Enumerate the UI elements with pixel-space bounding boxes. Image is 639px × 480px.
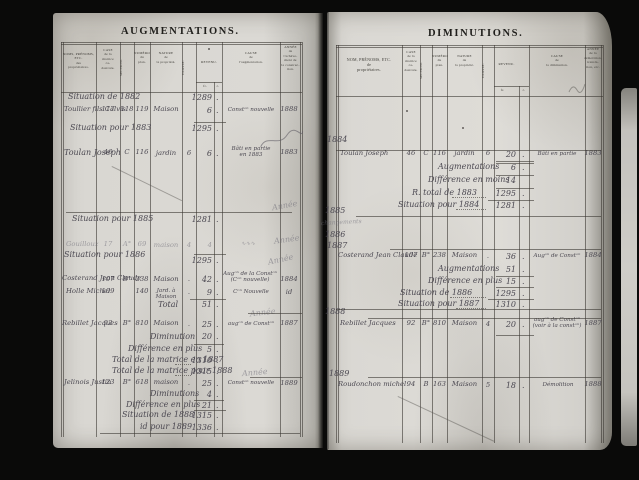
entry-nature: Maison: [150, 106, 182, 113]
entry-nature: maison: [150, 379, 182, 386]
entry-cents: .: [216, 94, 219, 102]
entry-annee: id: [278, 289, 300, 296]
table-rule: [519, 86, 520, 443]
table-rule: [494, 86, 529, 87]
entry-revenu: 51: [492, 266, 516, 274]
entry-cents: .: [522, 164, 525, 172]
entry-case: 92: [96, 320, 120, 327]
entry-annee: 1884: [583, 252, 603, 259]
entry-label: Situation de 1888: [122, 411, 194, 419]
col-header-classe: CLASSE.: [482, 48, 494, 94]
entry-section: C: [120, 149, 134, 156]
section-rule: [368, 377, 601, 378]
entry-case: 123: [96, 379, 120, 386]
entry-annee: 1887: [583, 320, 603, 327]
dotted-leader: [456, 208, 486, 210]
section-rule: [66, 212, 292, 213]
entry-name: Toulan Joseph: [340, 150, 388, 157]
entry-revenu: 4: [190, 391, 212, 399]
entry-label: id pour 1889: [140, 423, 192, 431]
entry-revenu: 9: [190, 289, 212, 297]
entry-section: B: [420, 381, 432, 388]
col-header-fr: fr.: [494, 88, 511, 92]
col-header-classe: CLASSE.: [182, 46, 196, 90]
entry-section: A°: [120, 241, 134, 248]
entry-cents: .: [216, 125, 219, 133]
entry-revenu: 1295: [492, 290, 516, 298]
section-rule: [336, 150, 601, 151]
col-header-annee: ANNÉE de la démolition, transla- tion, e…: [584, 47, 602, 69]
section-rule: [250, 377, 302, 378]
entry-cents: .: [522, 202, 525, 210]
page-title-diminutions: DIMINUTIONS.: [428, 27, 508, 41]
entry-revenu: 1289: [190, 94, 212, 102]
entry-case: 107: [96, 276, 120, 283]
col-header-cause: CAUSE de la diminution.: [529, 54, 585, 67]
col-header-c: c.: [214, 84, 222, 88]
entry-label: Situation pour 1886: [64, 251, 145, 259]
col-header-c: c.: [519, 88, 529, 92]
table-rule: [182, 42, 183, 437]
entry-revenu: 4: [190, 242, 212, 249]
entry-section: B°: [120, 379, 134, 386]
sum-rule: [496, 175, 534, 176]
entry-cents: .: [522, 290, 525, 298]
sum-rule: [194, 410, 226, 411]
dotted-leader: [452, 196, 486, 198]
col-header-numero: NUMÉRO du plan.: [134, 51, 150, 64]
margin-year: 1889: [329, 370, 349, 378]
table-rule: [150, 42, 151, 437]
margin-year: 1887: [327, 242, 347, 250]
entry-nature: Maison: [447, 381, 482, 388]
entry-cents: .: [216, 391, 219, 399]
col-header-case: CASE de la matrice ca- dastrale.: [402, 50, 420, 72]
entry-cents: .: [522, 382, 525, 390]
entry-section: 118: [120, 106, 134, 113]
sum-rule: [194, 254, 226, 255]
entry-section: C: [420, 150, 432, 157]
sum-rule: [496, 335, 534, 336]
entry-case: 46: [402, 150, 420, 157]
entry-revenu: 25: [190, 321, 212, 329]
dotted-leader: [175, 374, 191, 376]
signature-flourish: [258, 133, 306, 149]
dotted-leader: [456, 307, 486, 309]
entry-label: Total: [158, 301, 178, 309]
section-rule: [336, 309, 601, 310]
entry-revenu: 42: [190, 276, 212, 284]
sum-rule: [496, 287, 534, 288]
entry-cents: .: [522, 253, 525, 261]
entry-annee: 1884: [278, 276, 300, 283]
dotted-leader: [450, 296, 486, 298]
entry-label: Total de la matrice pour 1888: [112, 367, 232, 375]
entry-label: Diminution: [150, 333, 195, 341]
table-rule: [61, 42, 62, 437]
table-rule: [336, 96, 603, 97]
section-rule: [248, 313, 302, 314]
sum-rule: [190, 299, 226, 300]
entry-nature: jardin: [447, 150, 482, 157]
entry-cents: .: [216, 368, 219, 376]
entry-nature: Maison: [447, 252, 482, 259]
entry-revenu: 5: [190, 346, 212, 354]
entry-numero: 810: [432, 320, 447, 327]
entry-section: B°: [420, 252, 432, 259]
entry-section: B°: [120, 320, 134, 327]
col-header-names: NOMS, PRÉNOMS, ETC. des propriétaires.: [62, 52, 95, 70]
entry-cents: .: [216, 412, 219, 420]
entry-revenu: 6: [190, 107, 212, 115]
ink-speck: [406, 110, 408, 112]
entry-cause: Augᵒⁿ de Constᵒⁿ: [530, 254, 584, 260]
col-header-cause: CAUSE de l'augmentation.: [222, 51, 280, 64]
col-header-annee: ANNÉE de l'achève- ment de la construc- …: [279, 45, 302, 72]
col-header-section: SECTION.: [120, 46, 134, 90]
entry-cents: .: [216, 380, 219, 388]
entry-cents: .: [216, 357, 219, 365]
entry-revenu: 6: [492, 164, 516, 172]
entry-revenu: 1295: [190, 257, 212, 265]
entry-cents: .: [216, 289, 219, 297]
entry-cents: .: [216, 150, 219, 158]
col-header-revenu: REVENU.: [196, 60, 222, 64]
col-header-section: SECTION.: [420, 48, 432, 94]
entry-section: B°: [120, 276, 134, 283]
entry-name: Gouillouz: [66, 241, 98, 248]
entry-revenu: 18: [492, 382, 516, 390]
sum-rule: [194, 400, 224, 401]
col-header-nature: NATURE de la propriété.: [150, 51, 182, 64]
margin-year: 1884: [327, 136, 347, 144]
entry-label: Situation pour 1883: [70, 124, 151, 132]
entry-revenu: 51: [190, 301, 212, 309]
entry-numero: 238: [134, 276, 150, 283]
sum-rule: [496, 276, 534, 277]
entry-annee: 1883: [278, 149, 300, 156]
entry-revenu: 36: [492, 253, 516, 261]
entry-cents: .: [522, 321, 525, 329]
entry-cents: .: [216, 424, 219, 432]
entry-cause: Constᵒⁿ nouvelle: [224, 108, 278, 114]
sum-rule: [496, 188, 534, 189]
next-page-edge: [621, 88, 637, 446]
entry-revenu: 1281: [190, 216, 212, 224]
entry-cause: ∿∿∿: [226, 242, 270, 248]
entry-cause: Constᵒⁿ nouvelle: [224, 381, 278, 387]
entry-name: Roudonchon michel: [338, 381, 406, 388]
entry-cause: Cᵒⁿ Nouvelle: [224, 290, 278, 296]
col-header-nature: NATURE de la propriété.: [447, 54, 482, 67]
table-rule: [196, 82, 222, 83]
entry-label: Augmentations: [438, 265, 499, 273]
entry-revenu: 1310: [190, 357, 212, 365]
entry-revenu: 15: [492, 278, 516, 286]
entry-annee: 1889: [278, 380, 300, 387]
col-header-numero: NUMÉRO du plan.: [432, 54, 447, 67]
entry-label: Situation pour 1885: [72, 215, 153, 223]
entry-cents: .: [216, 321, 219, 329]
entry-case: 17: [96, 241, 120, 248]
entry-cause: Augᵒⁿ de la Constᵒⁿ (Cᵒⁿ nouvelle): [222, 272, 278, 284]
section-rule: [100, 433, 300, 434]
sum-rule: [194, 344, 224, 345]
entry-nature: Jard. à Maison: [148, 289, 184, 301]
entry-cause: Démolition: [533, 383, 583, 389]
margin-year: 1885: [325, 207, 345, 215]
entry-revenu: 1315: [190, 368, 212, 376]
table-rule: [529, 45, 530, 443]
sum-rule: [488, 299, 534, 300]
dotted-leader: [175, 363, 191, 365]
entry-numero: 116: [134, 149, 150, 156]
sum-rule: [194, 122, 226, 123]
entry-cause: augᵒⁿ de Constᵒⁿ (voir à la constᵒⁿ): [530, 318, 584, 330]
entry-cents: .: [216, 301, 219, 309]
col-header-names: NOM, PRÉNOMS, ETC. de propriétaires.: [337, 57, 401, 73]
pencil-mark: [566, 80, 588, 98]
table-rule: [222, 42, 223, 437]
ink-speck: [462, 127, 464, 129]
entry-nature: Maison: [447, 320, 482, 327]
table-rule: [603, 45, 604, 443]
table-rule: [336, 47, 603, 48]
entry-case: 109: [96, 288, 120, 295]
entry-cents: .: [216, 333, 219, 341]
entry-cents: .: [216, 216, 219, 224]
entry-revenu: 6: [190, 150, 212, 158]
entry-annee: 1888: [278, 106, 300, 113]
entry-revenu: 20: [190, 333, 212, 341]
entry-annee: 1888: [583, 381, 603, 388]
ink-speck: [208, 48, 210, 50]
entry-cents: .: [216, 346, 219, 354]
table-rule: [336, 45, 603, 46]
entry-cents: .: [522, 278, 525, 286]
entry-revenu: 20: [492, 151, 516, 159]
table-rule: [302, 42, 303, 437]
entry-nature: Maison: [150, 276, 182, 283]
entry-revenu: 14: [492, 177, 516, 185]
margin-year: 1886: [325, 231, 345, 239]
entry-cents: .: [522, 190, 525, 198]
entry-annee: 1887: [278, 320, 300, 327]
entry-nature: maison: [150, 242, 182, 249]
entry-label: Augmentations: [438, 163, 499, 171]
entry-revenu: 1295: [492, 190, 516, 198]
entry-nature: Maison: [150, 320, 182, 327]
entry-nature: jardin: [150, 150, 182, 157]
col-header-case: CASE de la matrice ca- dastrale.: [97, 48, 119, 70]
page-title-augmentations: AUGMENTATIONS.: [121, 25, 213, 39]
entry-revenu: 1295: [190, 125, 212, 133]
entry-case: 46: [96, 149, 120, 156]
entry-revenu: 20: [492, 321, 516, 329]
entry-revenu: 1315: [190, 412, 212, 420]
entry-numero: 163: [432, 381, 447, 388]
entry-case: 107: [402, 252, 420, 259]
entry-numero: 238: [432, 252, 447, 259]
table-rule: [214, 82, 215, 437]
entry-case: 94: [402, 381, 420, 388]
sum-rule: [496, 161, 534, 162]
sum-rule: [488, 200, 534, 201]
entry-revenu: 1281: [492, 202, 516, 210]
entry-case: 92: [402, 320, 420, 327]
entry-numero: 618: [134, 379, 150, 386]
entry-revenu: 1336: [190, 424, 212, 432]
sum-rule: [496, 163, 534, 164]
entry-section: B°: [420, 320, 432, 327]
entry-revenu: 25: [190, 380, 212, 388]
entry-numero: 69: [134, 241, 150, 248]
entry-case: 117: [96, 106, 120, 113]
entry-cause: augᵒⁿ de Constᵒⁿ: [224, 322, 278, 328]
col-header-revenu: REVENU.: [494, 62, 519, 66]
entry-cents: .: [216, 107, 219, 115]
scanned-register-spread: AUGMENTATIONS. NOMS, PRÉNOMS, ETC. des p…: [0, 0, 639, 480]
entry-label: Situation de 1882: [68, 93, 140, 101]
entry-cents: .: [522, 151, 525, 159]
col-header-fr: fr.: [196, 84, 214, 88]
entry-cents: .: [216, 257, 219, 265]
section-rule: [390, 249, 601, 250]
entry-cents: .: [216, 276, 219, 284]
section-rule: [356, 216, 601, 217]
entry-annee: 1883: [583, 150, 603, 157]
entry-name: Rebillet Jacques: [340, 320, 396, 327]
entry-cause: Bâti en partie: [530, 152, 584, 158]
entry-numero: 116: [432, 150, 447, 157]
entry-cents: .: [522, 266, 525, 274]
entry-numero: 810: [134, 320, 150, 327]
entry-numero: 119: [134, 106, 150, 113]
section-rule: [368, 318, 601, 319]
